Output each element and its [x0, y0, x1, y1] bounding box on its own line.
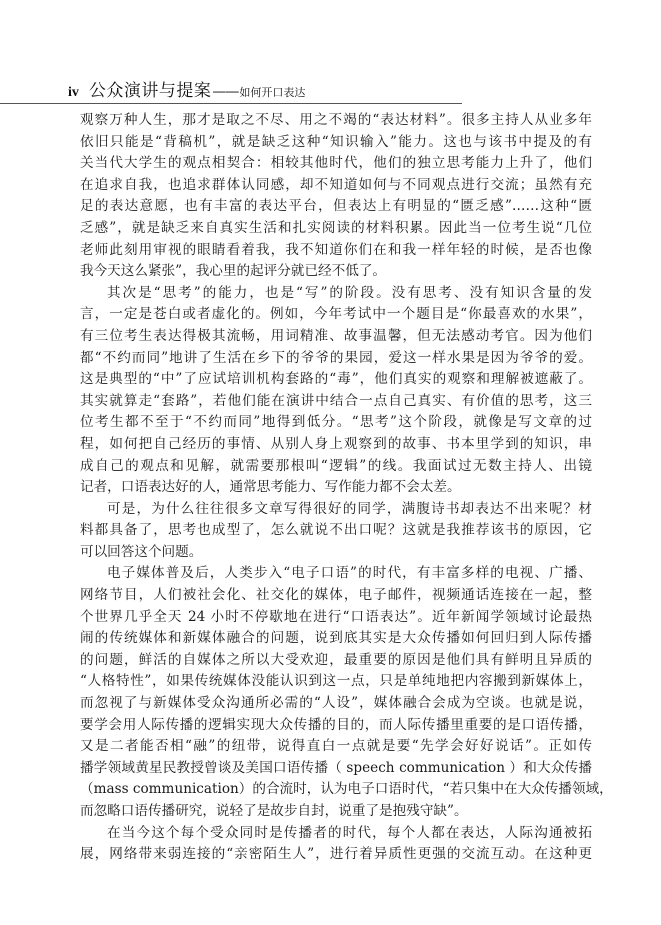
body-line: （mass communication）的合流时，认为电子口语时代，“若只集中在…: [80, 779, 592, 801]
body-line: 又是二者能否相“融”的纽带，说得直白一点就是要“先学会好好说话”。正如传: [80, 736, 592, 758]
body-line: 程，如何把自己经历的事情、从别人身上观察到的故事、书本里学到的知识，串: [80, 434, 592, 456]
body-line: 展，网络带来弱连接的“亲密陌生人”，进行着异质性更强的交流互动。在这种更: [80, 844, 592, 866]
body-line: 在当今这个每个受众同时是传播者的时代，每个人都在表达，人际沟通被拓: [80, 823, 592, 845]
body-line: 位考生都不至于“不约而同”地得到低分。“思考”这个阶段，就像是写文章的过: [80, 412, 592, 434]
body-line: 言，一定是苍白或者虚化的。例如，今年考试中一个题目是“你最喜欢的水果”，: [80, 304, 592, 326]
body-line: 而忽视了与新媒体受众沟通所必需的“人设”，媒体融合会成为空谈。也就是说，: [80, 693, 592, 715]
body-line: 可以回答这个问题。: [80, 542, 592, 564]
book-subtitle: 如何开口表达: [239, 84, 305, 100]
body-line: 乏感”，就是缺乏来自真实生活和扎实阅读的材料积累。因此当一位考生说“几位: [80, 218, 592, 240]
body-line: 而忽略口语传播研究，说轻了是故步自封，说重了是抱残守缺”。: [80, 801, 592, 823]
body-line: 在追求自我，也追求群体认同感，却不知道如何与不同观点进行交流；虽然有充: [80, 175, 592, 197]
body-line: 可是，为什么往往很多文章写得很好的同学，满腹诗书却表达不出来呢？材: [80, 499, 592, 521]
body-line: 我今天这么紧张”，我心里的起评分就已经不低了。: [80, 261, 592, 283]
body-line: 关当代大学生的观点相契合：相较其他时代，他们的独立思考能力上升了，他们: [80, 153, 592, 175]
body-line: 都“不约而同”地讲了生活在乡下的爷爷的果园，爱这一样水果是因为爷爷的爱。: [80, 348, 592, 370]
body-line: 这是典型的“中”了应试培训机构套路的“毒”，他们真实的观察和理解被遮蔽了。: [80, 369, 592, 391]
page-number: iv: [68, 85, 79, 101]
body-line: 足的表达意愿，也有丰富的表达平台，但表达上有明显的“匮乏感”……这种“匮: [80, 196, 592, 218]
body-line: 成自己的观点和见解，就需要那根叫“逻辑”的线。我面试过无数主持人、出镜: [80, 456, 592, 478]
header-text-group: iv 公众演讲与提案 —— 如何开口表达: [68, 76, 305, 101]
title-dash: ——: [212, 84, 238, 100]
body-line: 的问题，鲜活的自媒体之所以大受欢迎，最重要的原因是他们具有鲜明且异质的: [80, 650, 592, 672]
body-line: 其次是“思考”的能力，也是“写”的阶段。没有思考、没有知识含量的发: [80, 283, 592, 305]
running-header: iv 公众演讲与提案 —— 如何开口表达: [0, 68, 661, 104]
body-line: 有三位考生表达得极其流畅，用词精准、故事温馨，但无法感动考官。因为他们: [80, 326, 592, 348]
body-line: 个世界几乎全天 24 小时不停歇地在进行“口语表达”。近年新闻学领域讨论最热: [80, 607, 592, 629]
body-line: 要学会用人际传播的逻辑实现大众传播的目的，而人际传播里重要的是口语传播，: [80, 715, 592, 737]
header-rule: [0, 103, 462, 104]
body-line: “人格特性”，如果传统媒体没能认识到这一点，只是单纯地把内容搬到新媒体上，: [80, 671, 592, 693]
body-line: 其实就算走“套路”，若他们能在演讲中结合一点自己真实、有价值的思考，这三: [80, 391, 592, 413]
book-title: 公众演讲与提案: [89, 76, 212, 101]
body-line: 观察万种人生，那才是取之不尽、用之不竭的“表达材料”。很多主持人从业多年: [80, 110, 592, 132]
body-text: 观察万种人生，那才是取之不尽、用之不竭的“表达材料”。很多主持人从业多年依旧只能…: [80, 110, 592, 866]
body-line: 依旧只能是“背稿机”，就是缺乏这种“知识输入”能力。这也与该书中提及的有: [80, 132, 592, 154]
body-line: 料都具备了，思考也成型了，怎么就说不出口呢？这就是我推荐该书的原因，它: [80, 520, 592, 542]
body-line: 记者，口语表达好的人，通常思考能力、写作能力都不会太差。: [80, 477, 592, 499]
body-line: 电子媒体普及后，人类步入“电子口语”的时代，有丰富多样的电视、广播、: [80, 563, 592, 585]
body-line: 播学领域黄星民教授曾谈及美国口语传播（ speech communication…: [80, 758, 592, 780]
body-line: 老师此刻用审视的眼睛看着我，我不知道你们在和我一样年轻的时候，是否也像: [80, 240, 592, 262]
body-line: 闹的传统媒体和新媒体融合的问题，说到底其实是大众传播如何回归到人际传播: [80, 628, 592, 650]
body-line: 网络节目，人们被社会化、社交化的媒体，电子邮件，视频通话连接在一起，整: [80, 585, 592, 607]
